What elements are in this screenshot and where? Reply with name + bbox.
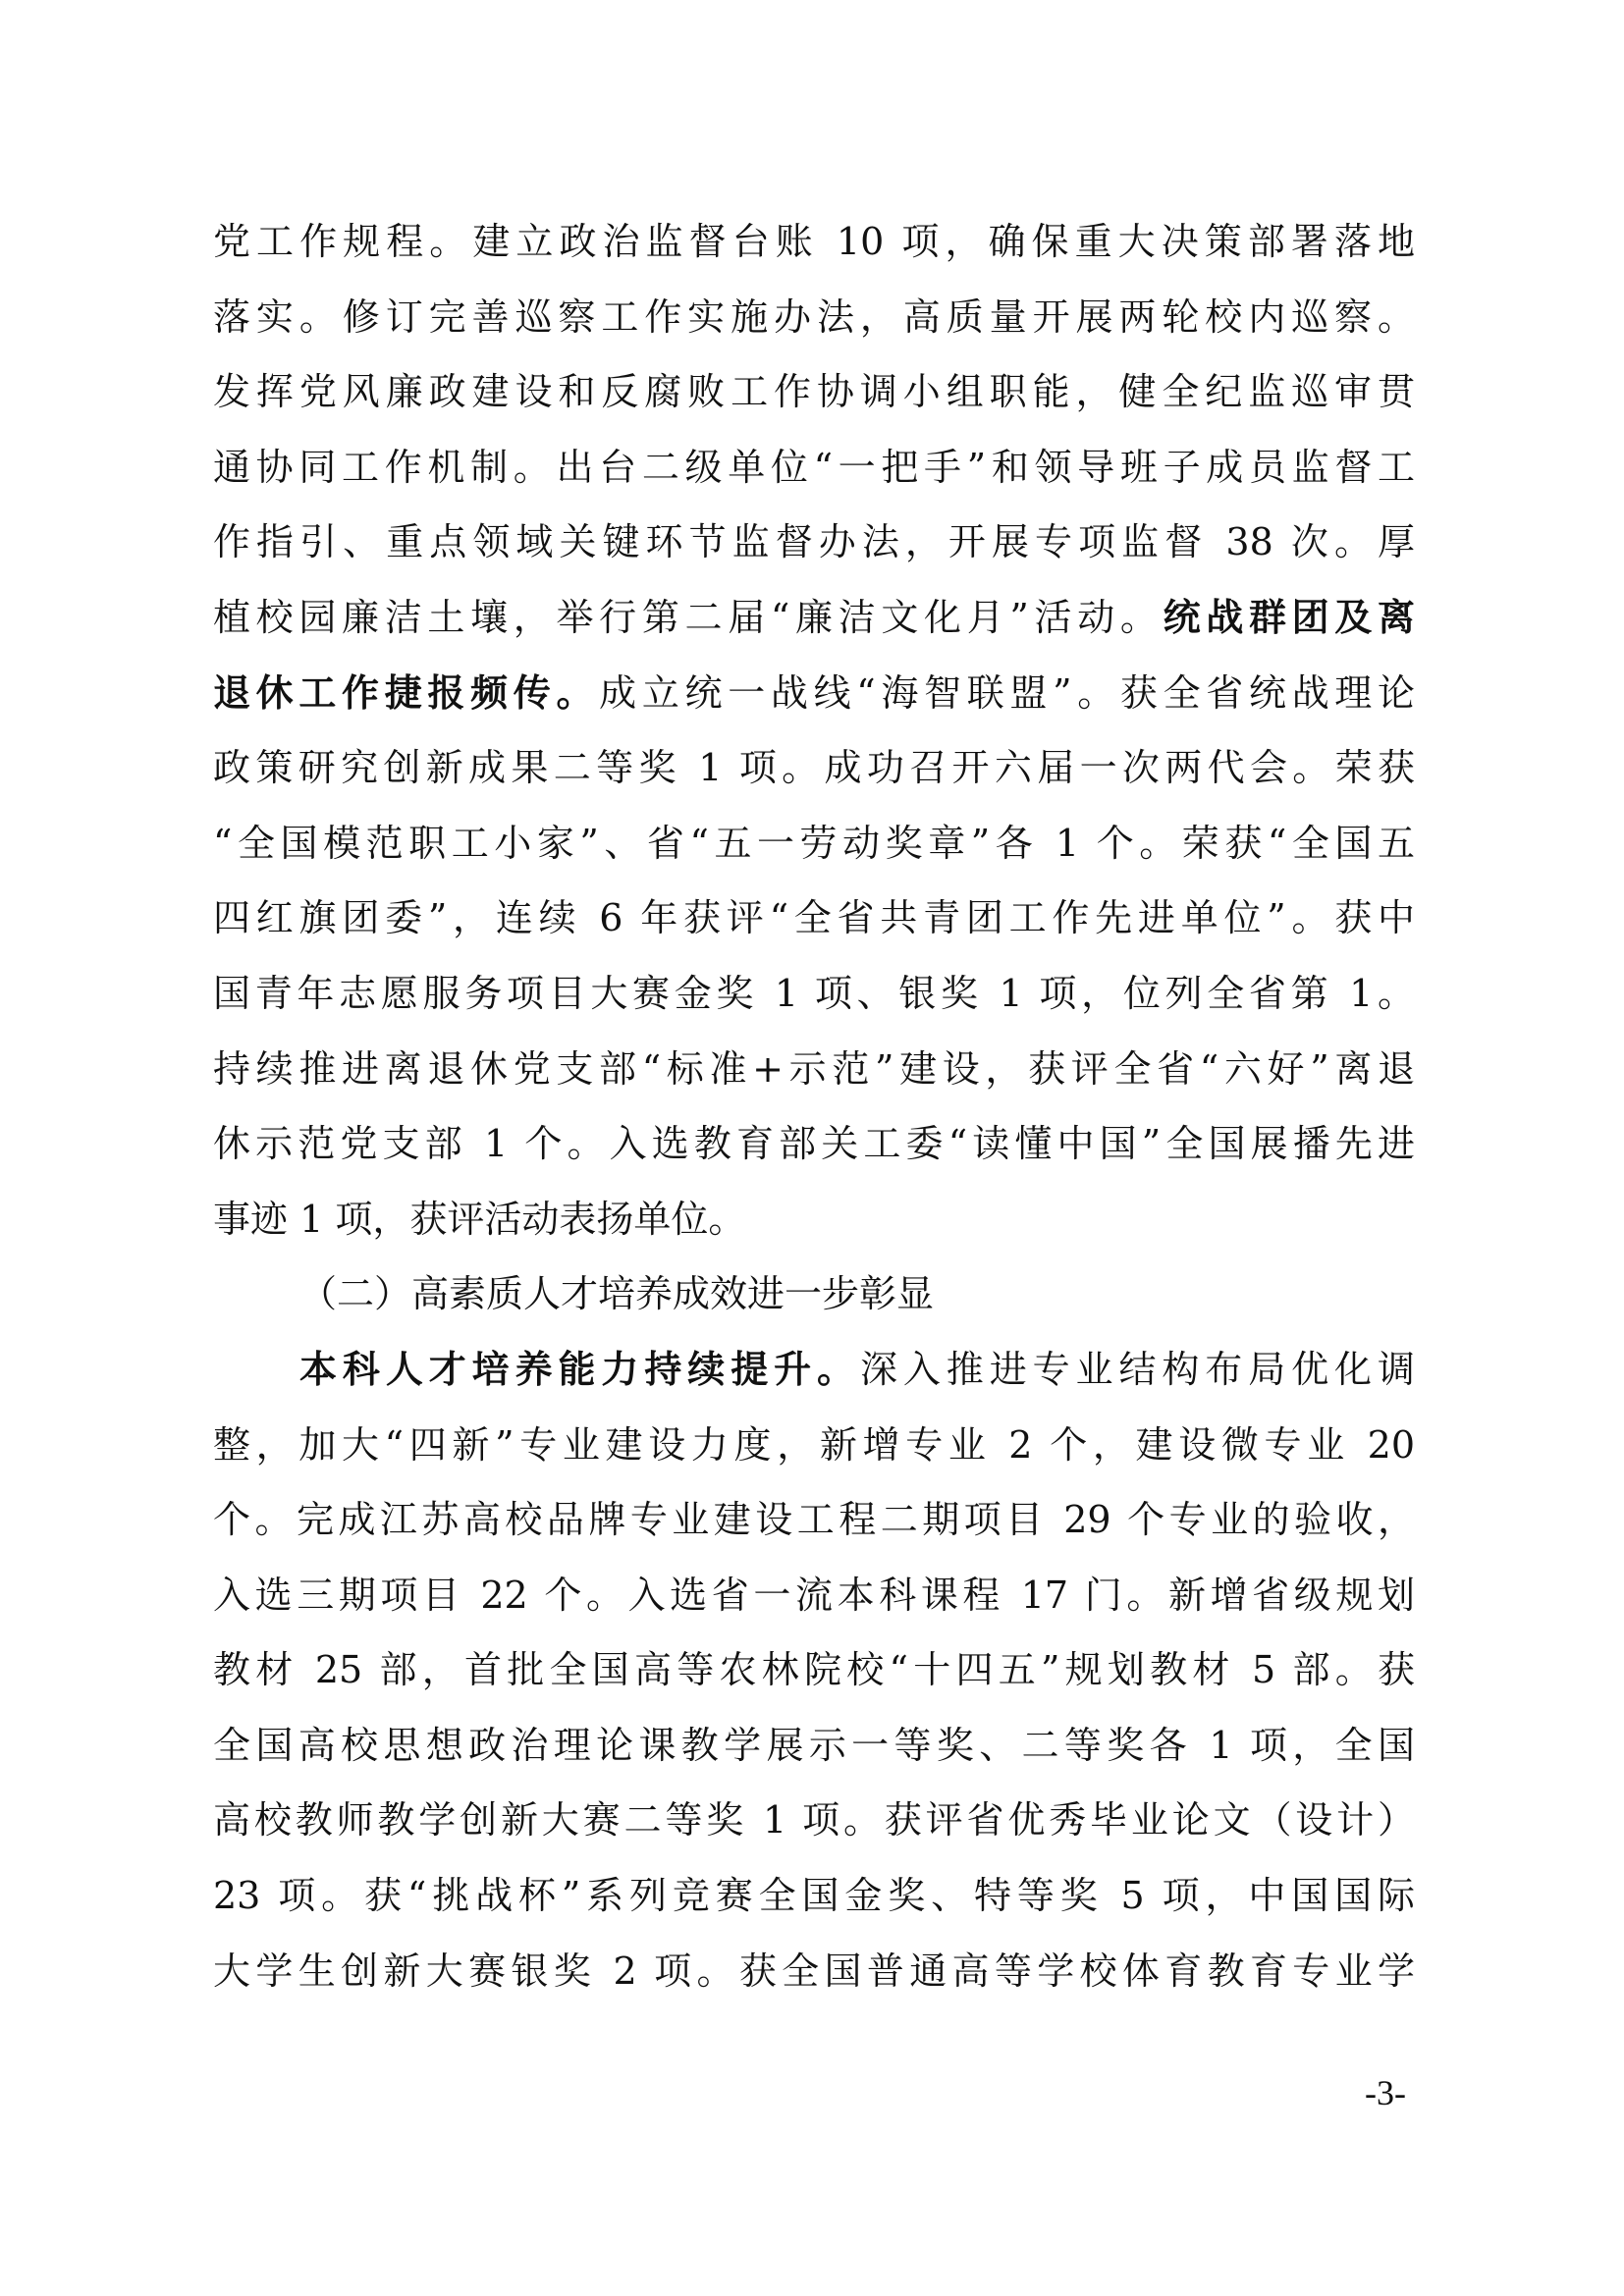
text-segment: 教材 25 部，首批全国高等农林院校“十四五”规划教材 5 部。获	[213, 1648, 1415, 1691]
text-line: 退休工作捷报频传。成立统一战线“海智联盟”。获全省统战理论	[213, 666, 1415, 741]
text-segment: 深入推进专业结构布局优化调	[860, 1348, 1415, 1391]
document-page: 党工作规程。建立政治监督台账 10 项，确保重大决策部署落地落实。修订完善巡察工…	[0, 0, 1624, 2296]
text-line: 整，加大“四新”专业建设力度，新增专业 2 个，建设微专业 20	[213, 1417, 1415, 1493]
text-segment: 高校教师教学创新大赛二等奖 1 项。获评省优秀毕业论文（设计）	[213, 1798, 1415, 1842]
text-segment: 植校园廉洁土壤，举行第二届“廉洁文化月”活动。	[213, 596, 1164, 639]
text-segment: 通协同工作机制。出台二级单位“一把手”和领导班子成员监督工	[213, 446, 1415, 489]
text-line: 全国高校思想政治理论课教学展示一等奖、二等奖各 1 项，全国	[213, 1718, 1415, 1793]
bold-run-in-heading: 退休工作捷报频传。	[213, 671, 599, 715]
text-line: 休示范党支部 1 个。入选教育部关工委“读懂中国”全国展播先进	[213, 1116, 1415, 1192]
text-line: 通协同工作机制。出台二级单位“一把手”和领导班子成员监督工	[213, 440, 1415, 515]
text-segment: 党工作规程。建立政治监督台账 10 项，确保重大决策部署落地	[213, 220, 1415, 263]
page-number: -3-	[1353, 2071, 1418, 2114]
text-segment: 四红旗团委”，连续 6 年获评“全省共青团工作先进单位”。获中	[213, 896, 1415, 939]
text-segment: “全国模范职工小家”、省“五一劳动奖章”各 1 个。荣获“全国五	[213, 822, 1415, 865]
text-line: 党工作规程。建立政治监督台账 10 项，确保重大决策部署落地	[213, 214, 1415, 290]
text-segment: 成立统一战线“海智联盟”。获全省统战理论	[599, 671, 1415, 715]
body-text: 党工作规程。建立政治监督台账 10 项，确保重大决策部署落地落实。修订完善巡察工…	[213, 214, 1415, 2018]
text-line: 大学生创新大赛银奖 2 项。获全国普通高等学校体育教育专业学	[213, 1944, 1415, 2019]
text-segment: 休示范党支部 1 个。入选教育部关工委“读懂中国”全国展播先进	[213, 1122, 1415, 1165]
text-segment: 发挥党风廉政建设和反腐败工作协调小组职能，健全纪监巡审贯	[213, 370, 1415, 413]
text-segment: （二）高素质人才培养成效进一步彰显	[299, 1272, 934, 1315]
text-line: 本科人才培养能力持续提升。深入推进专业结构布局优化调	[213, 1342, 1415, 1417]
text-segment: 入选三期项目 22 个。入选省一流本科课程 17 门。新增省级规划	[213, 1574, 1415, 1617]
text-line: 发挥党风廉政建设和反腐败工作协调小组职能，健全纪监巡审贯	[213, 364, 1415, 440]
text-segment: 政策研究创新成果二等奖 1 项。成功召开六届一次两代会。荣获	[213, 746, 1415, 789]
text-line: 个。完成江苏高校品牌专业建设工程二期项目 29 个专业的验收，	[213, 1492, 1415, 1568]
text-line: 23 项。获“挑战杯”系列竞赛全国金奖、特等奖 5 项，中国国际	[213, 1868, 1415, 1944]
text-segment: 个。完成江苏高校品牌专业建设工程二期项目 29 个专业的验收，	[213, 1498, 1415, 1541]
text-line: 事迹 1 项，获评活动表扬单位。	[213, 1192, 1415, 1267]
text-segment: 整，加大“四新”专业建设力度，新增专业 2 个，建设微专业 20	[213, 1423, 1415, 1467]
text-line: 四红旗团委”，连续 6 年获评“全省共青团工作先进单位”。获中	[213, 890, 1415, 966]
text-segment: 大学生创新大赛银奖 2 项。获全国普通高等学校体育教育专业学	[213, 1949, 1415, 1993]
text-segment: 国青年志愿服务项目大赛金奖 1 项、银奖 1 项，位列全省第 1。	[213, 972, 1415, 1015]
text-line: “全国模范职工小家”、省“五一劳动奖章”各 1 个。荣获“全国五	[213, 816, 1415, 891]
text-segment: 事迹 1 项，获评活动表扬单位。	[213, 1198, 745, 1241]
text-line: 国青年志愿服务项目大赛金奖 1 项、银奖 1 项，位列全省第 1。	[213, 966, 1415, 1041]
text-segment: 作指引、重点领域关键环节监督办法，开展专项监督 38 次。厚	[213, 520, 1415, 563]
text-segment: 落实。修订完善巡察工作实施办法，高质量开展两轮校内巡察。	[213, 295, 1415, 339]
text-segment: 持续推进离退休党支部“标准+示范”建设，获评全省“六好”离退	[213, 1047, 1415, 1091]
text-line: 教材 25 部，首批全国高等农林院校“十四五”规划教材 5 部。获	[213, 1642, 1415, 1718]
text-line: 持续推进离退休党支部“标准+示范”建设，获评全省“六好”离退	[213, 1041, 1415, 1117]
text-line: 落实。修订完善巡察工作实施办法，高质量开展两轮校内巡察。	[213, 290, 1415, 365]
text-line: 入选三期项目 22 个。入选省一流本科课程 17 门。新增省级规划	[213, 1568, 1415, 1643]
text-line: 高校教师教学创新大赛二等奖 1 项。获评省优秀毕业论文（设计）	[213, 1792, 1415, 1868]
text-segment: 23 项。获“挑战杯”系列竞赛全国金奖、特等奖 5 项，中国国际	[213, 1874, 1415, 1917]
text-line: 植校园廉洁土壤，举行第二届“廉洁文化月”活动。统战群团及离	[213, 590, 1415, 666]
section-heading: （二）高素质人才培养成效进一步彰显	[213, 1266, 1415, 1342]
text-line: 政策研究创新成果二等奖 1 项。成功召开六届一次两代会。荣获	[213, 740, 1415, 816]
text-line: 作指引、重点领域关键环节监督办法，开展专项监督 38 次。厚	[213, 514, 1415, 590]
bold-run-in-heading: 本科人才培养能力持续提升。	[299, 1348, 860, 1391]
bold-run-in-heading: 统战群团及离	[1164, 596, 1415, 639]
text-segment: 全国高校思想政治理论课教学展示一等奖、二等奖各 1 项，全国	[213, 1724, 1415, 1767]
